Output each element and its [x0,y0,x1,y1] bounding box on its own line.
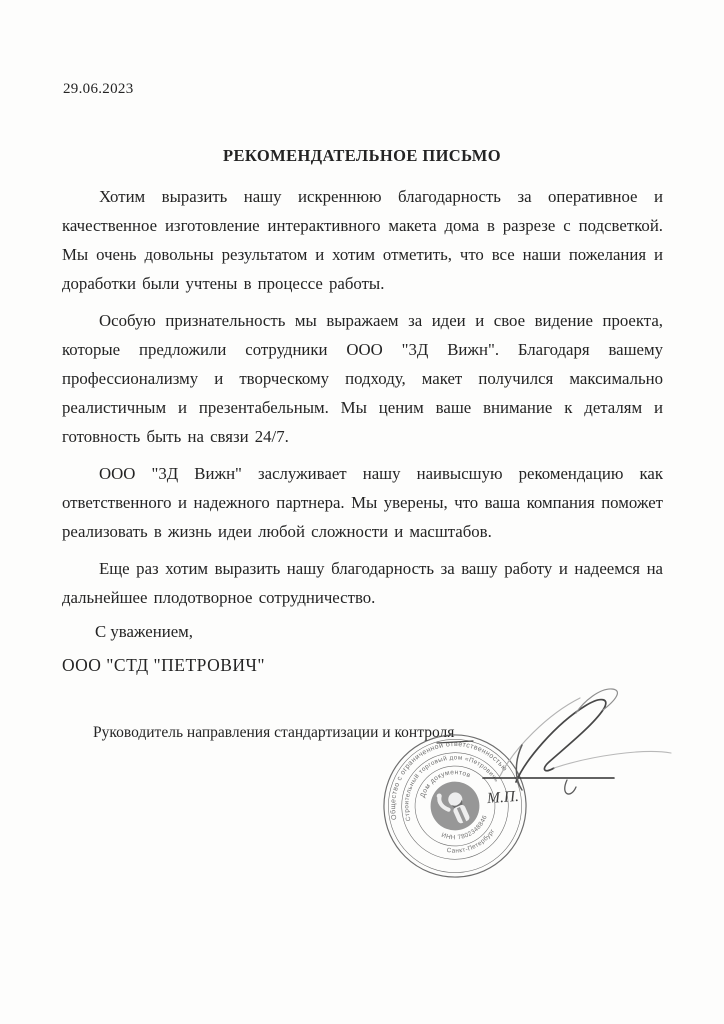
paragraph-4: Еще раз хотим выразить нашу благодарност… [62,554,663,612]
seal-mark-label: М.П. [486,788,519,808]
closing-text: С уважением, [95,622,193,642]
letter-title: РЕКОМЕНДАТЕЛЬНОЕ ПИСЬМО [0,146,724,166]
letter-date: 29.06.2023 [63,81,134,98]
paragraph-2: Особую признательность мы выражаем за ид… [62,306,663,451]
paragraph-1: Хотим выразить нашу искреннюю благодарно… [62,182,663,298]
letter-body: Хотим выразить нашу искреннюю благодарно… [62,182,663,620]
company-name: ООО "СТД "ПЕТРОВИЧ" [62,655,265,676]
letter-page: 29.06.2023 РЕКОМЕНДАТЕЛЬНОЕ ПИСЬМО Хотим… [0,0,724,1024]
paragraph-3: ООО "3Д Вижн" заслуживает нашу наивысшую… [62,459,663,546]
